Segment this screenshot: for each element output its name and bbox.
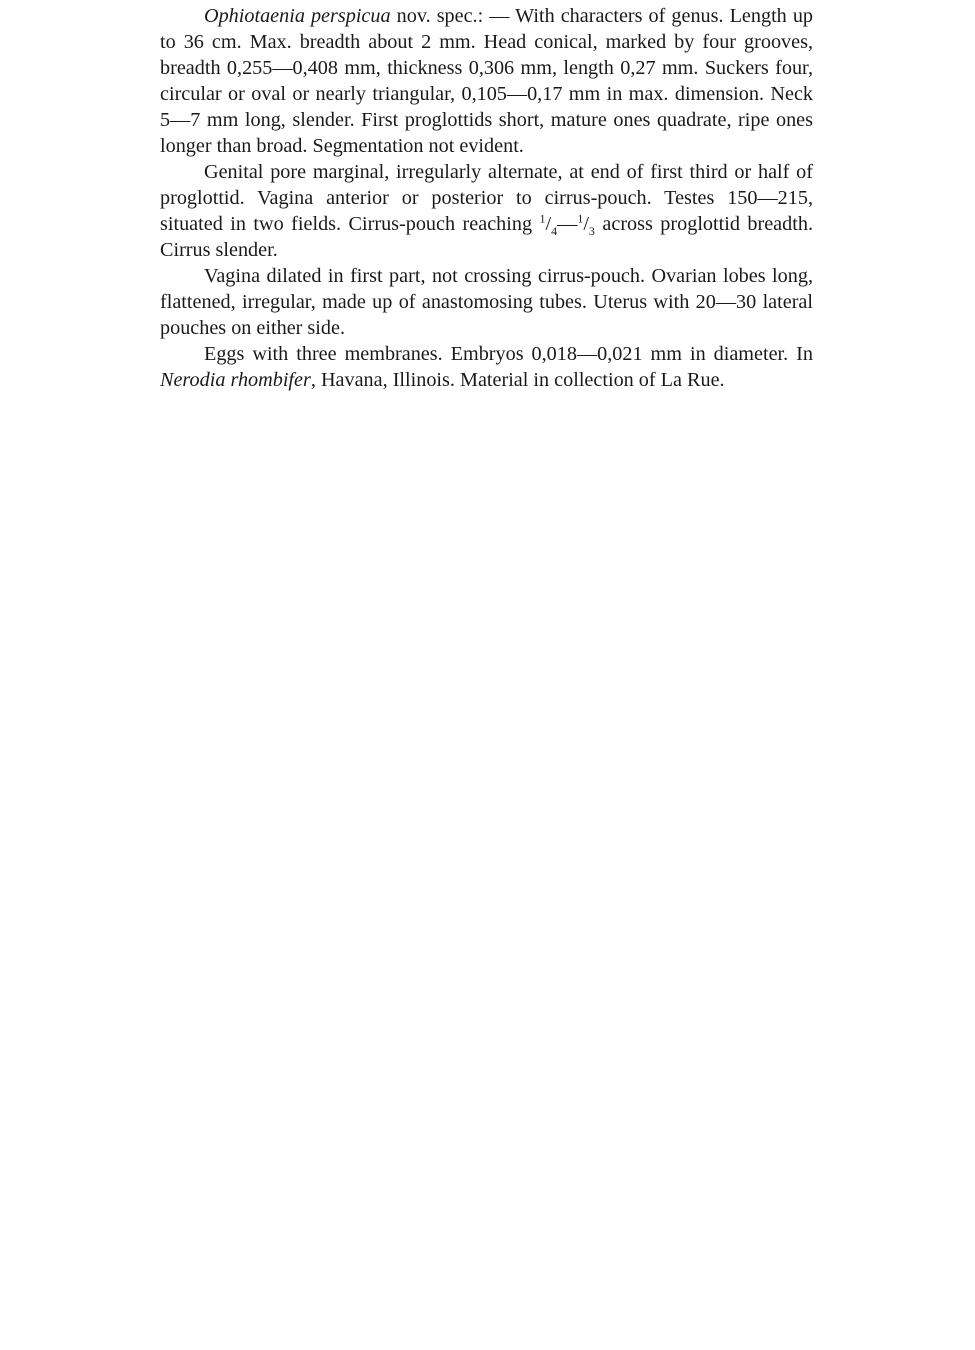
species-name: Ophiotaenia perspicua: [204, 5, 391, 27]
paragraph-text: Vagina dilated in first part, not crossi…: [160, 265, 813, 339]
range-dash: —: [557, 213, 577, 235]
species-description-paragraph: Ophiotaenia perspicua nov. spec.: — With…: [160, 3, 813, 159]
document-page: Ophiotaenia perspicua nov. spec.: — With…: [160, 3, 813, 393]
genital-anatomy-paragraph: Genital pore marginal, irregularly alter…: [160, 159, 813, 263]
paragraph-text: Eggs with three membranes. Embryos 0,018…: [204, 343, 813, 365]
fraction-range: 1/4—1/3: [540, 213, 595, 235]
host-species-name: Nerodia rhombifer: [160, 369, 311, 391]
paragraph-text: , Havana, Illinois. Material in collecti…: [311, 369, 725, 391]
paragraph-text: nov. spec.: — With characters of genus. …: [160, 5, 813, 157]
fraction-numerator: 1: [577, 211, 583, 225]
eggs-host-paragraph: Eggs with three membranes. Embryos 0,018…: [160, 341, 813, 393]
reproductive-organs-paragraph: Vagina dilated in first part, not crossi…: [160, 263, 813, 341]
fraction-numerator: 1: [540, 211, 546, 225]
